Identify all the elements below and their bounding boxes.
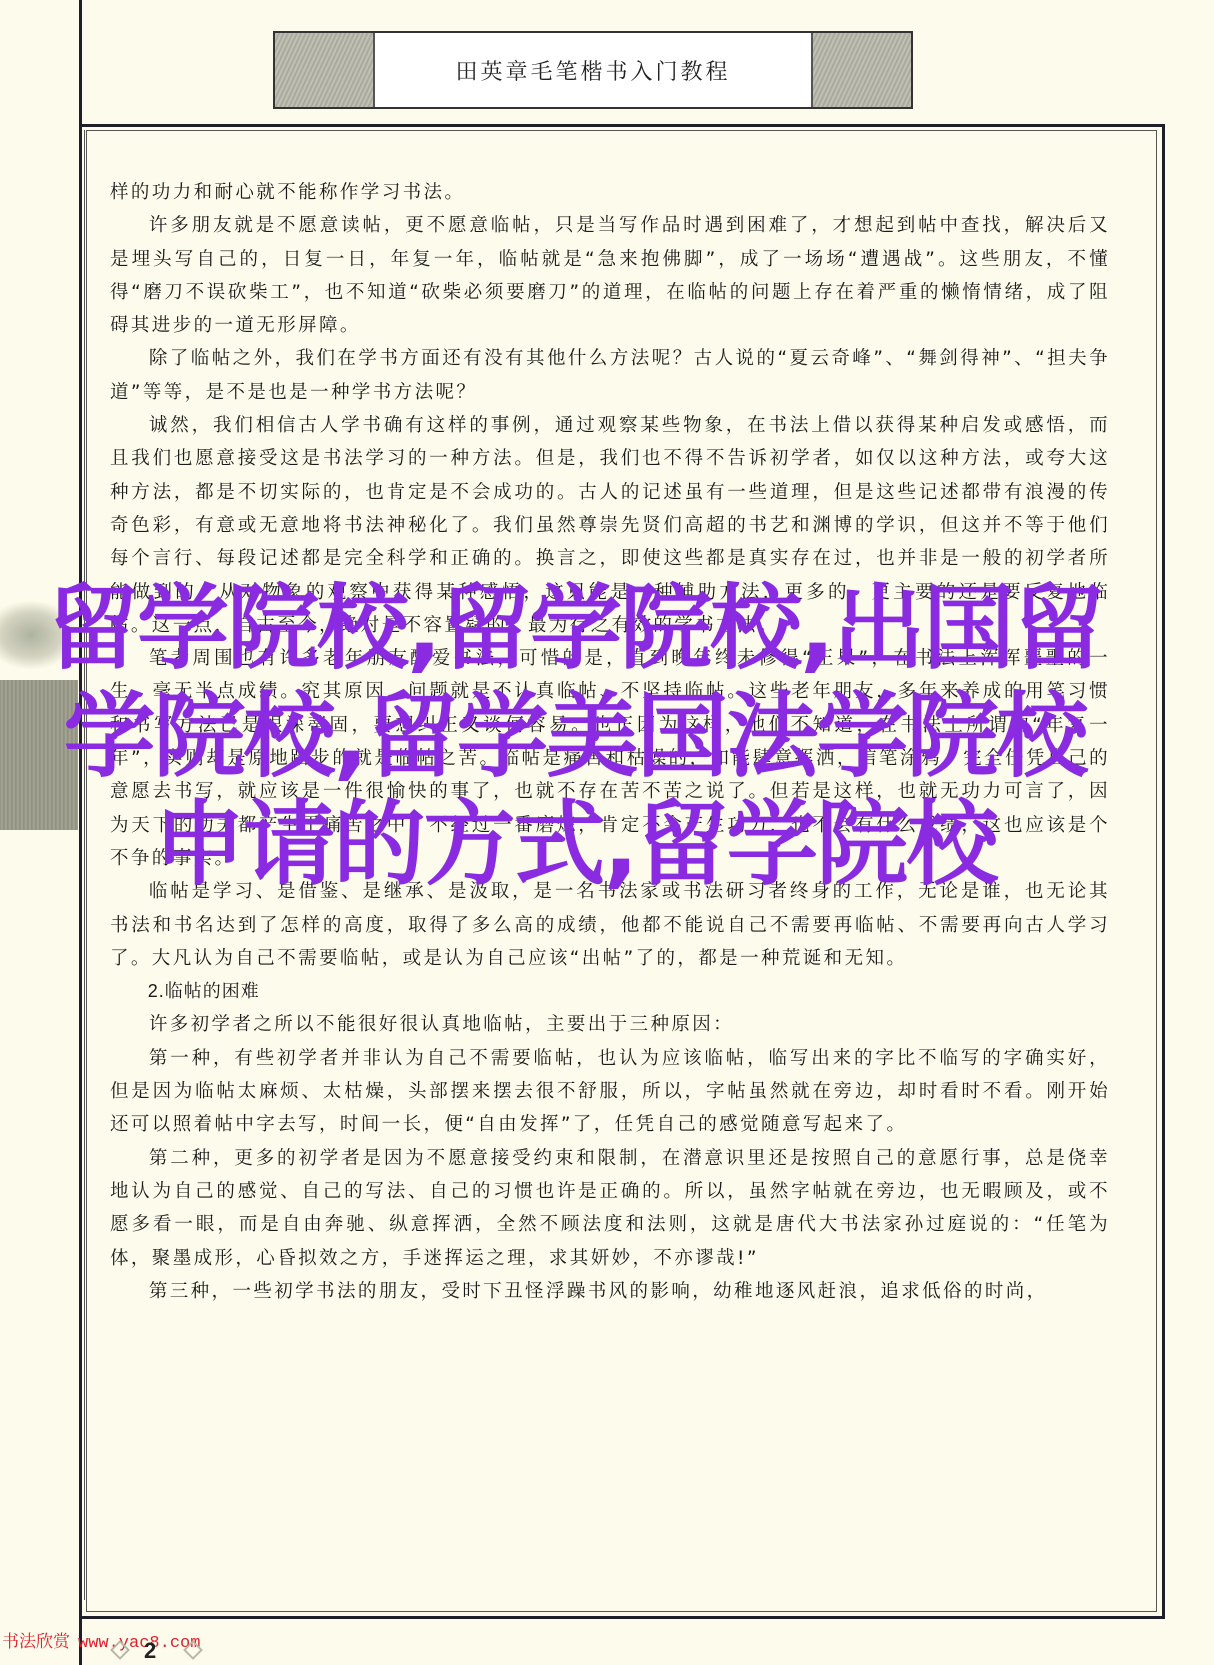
watermark: 书法欣赏www.yac8.com xyxy=(2,1627,200,1653)
paragraph: 许多朋友就是不愿意读帖，更不愿意临帖，只是当写作品时遇到困难了，才想起到帖中查找… xyxy=(110,209,1110,342)
paragraph: 第二种，更多的初学者是因为不愿意接受约束和限制，在潜意识里还是按照自己的意愿行事… xyxy=(110,1142,1110,1275)
watermark-label: 书法欣赏 xyxy=(2,1632,70,1652)
paragraph: 除了临帖之外，我们在学书方面还有没有其他什么方法呢？古人说的“夏云奇峰”、“舞剑… xyxy=(110,342,1110,409)
paragraph: 许多初学者之所以不能很好很认真地临帖，主要出于三种原因： xyxy=(110,1008,1110,1041)
paragraph: 样的功力和耐心就不能称作学习书法。 xyxy=(110,176,1110,209)
overlay-title: 留学院校,留学院校,出国留学院校,留学美国法学院校申请的方式,留学院校 xyxy=(30,575,1120,899)
header-decoration-right xyxy=(811,33,911,107)
paragraph: 第一种，有些初学者并非认为自己不需要临帖，也认为应该临帖，临写出来的字比不临写的… xyxy=(110,1042,1110,1142)
watermark-url[interactable]: www.yac8.com xyxy=(78,1634,200,1653)
section-heading: 2.临帖的困难 xyxy=(110,975,1110,1008)
header-decoration-left xyxy=(275,33,375,107)
page-number: 2 xyxy=(144,1638,156,1664)
paragraph: 第三种，一些初学书法的朋友，受时下丑怪浮躁书风的影响，幼稚地逐风赶浪，追求低俗的… xyxy=(110,1275,1110,1308)
header-title: 田英章毛笔楷书入门教程 xyxy=(375,33,811,107)
page-header: 田英章毛笔楷书入门教程 xyxy=(273,31,913,109)
